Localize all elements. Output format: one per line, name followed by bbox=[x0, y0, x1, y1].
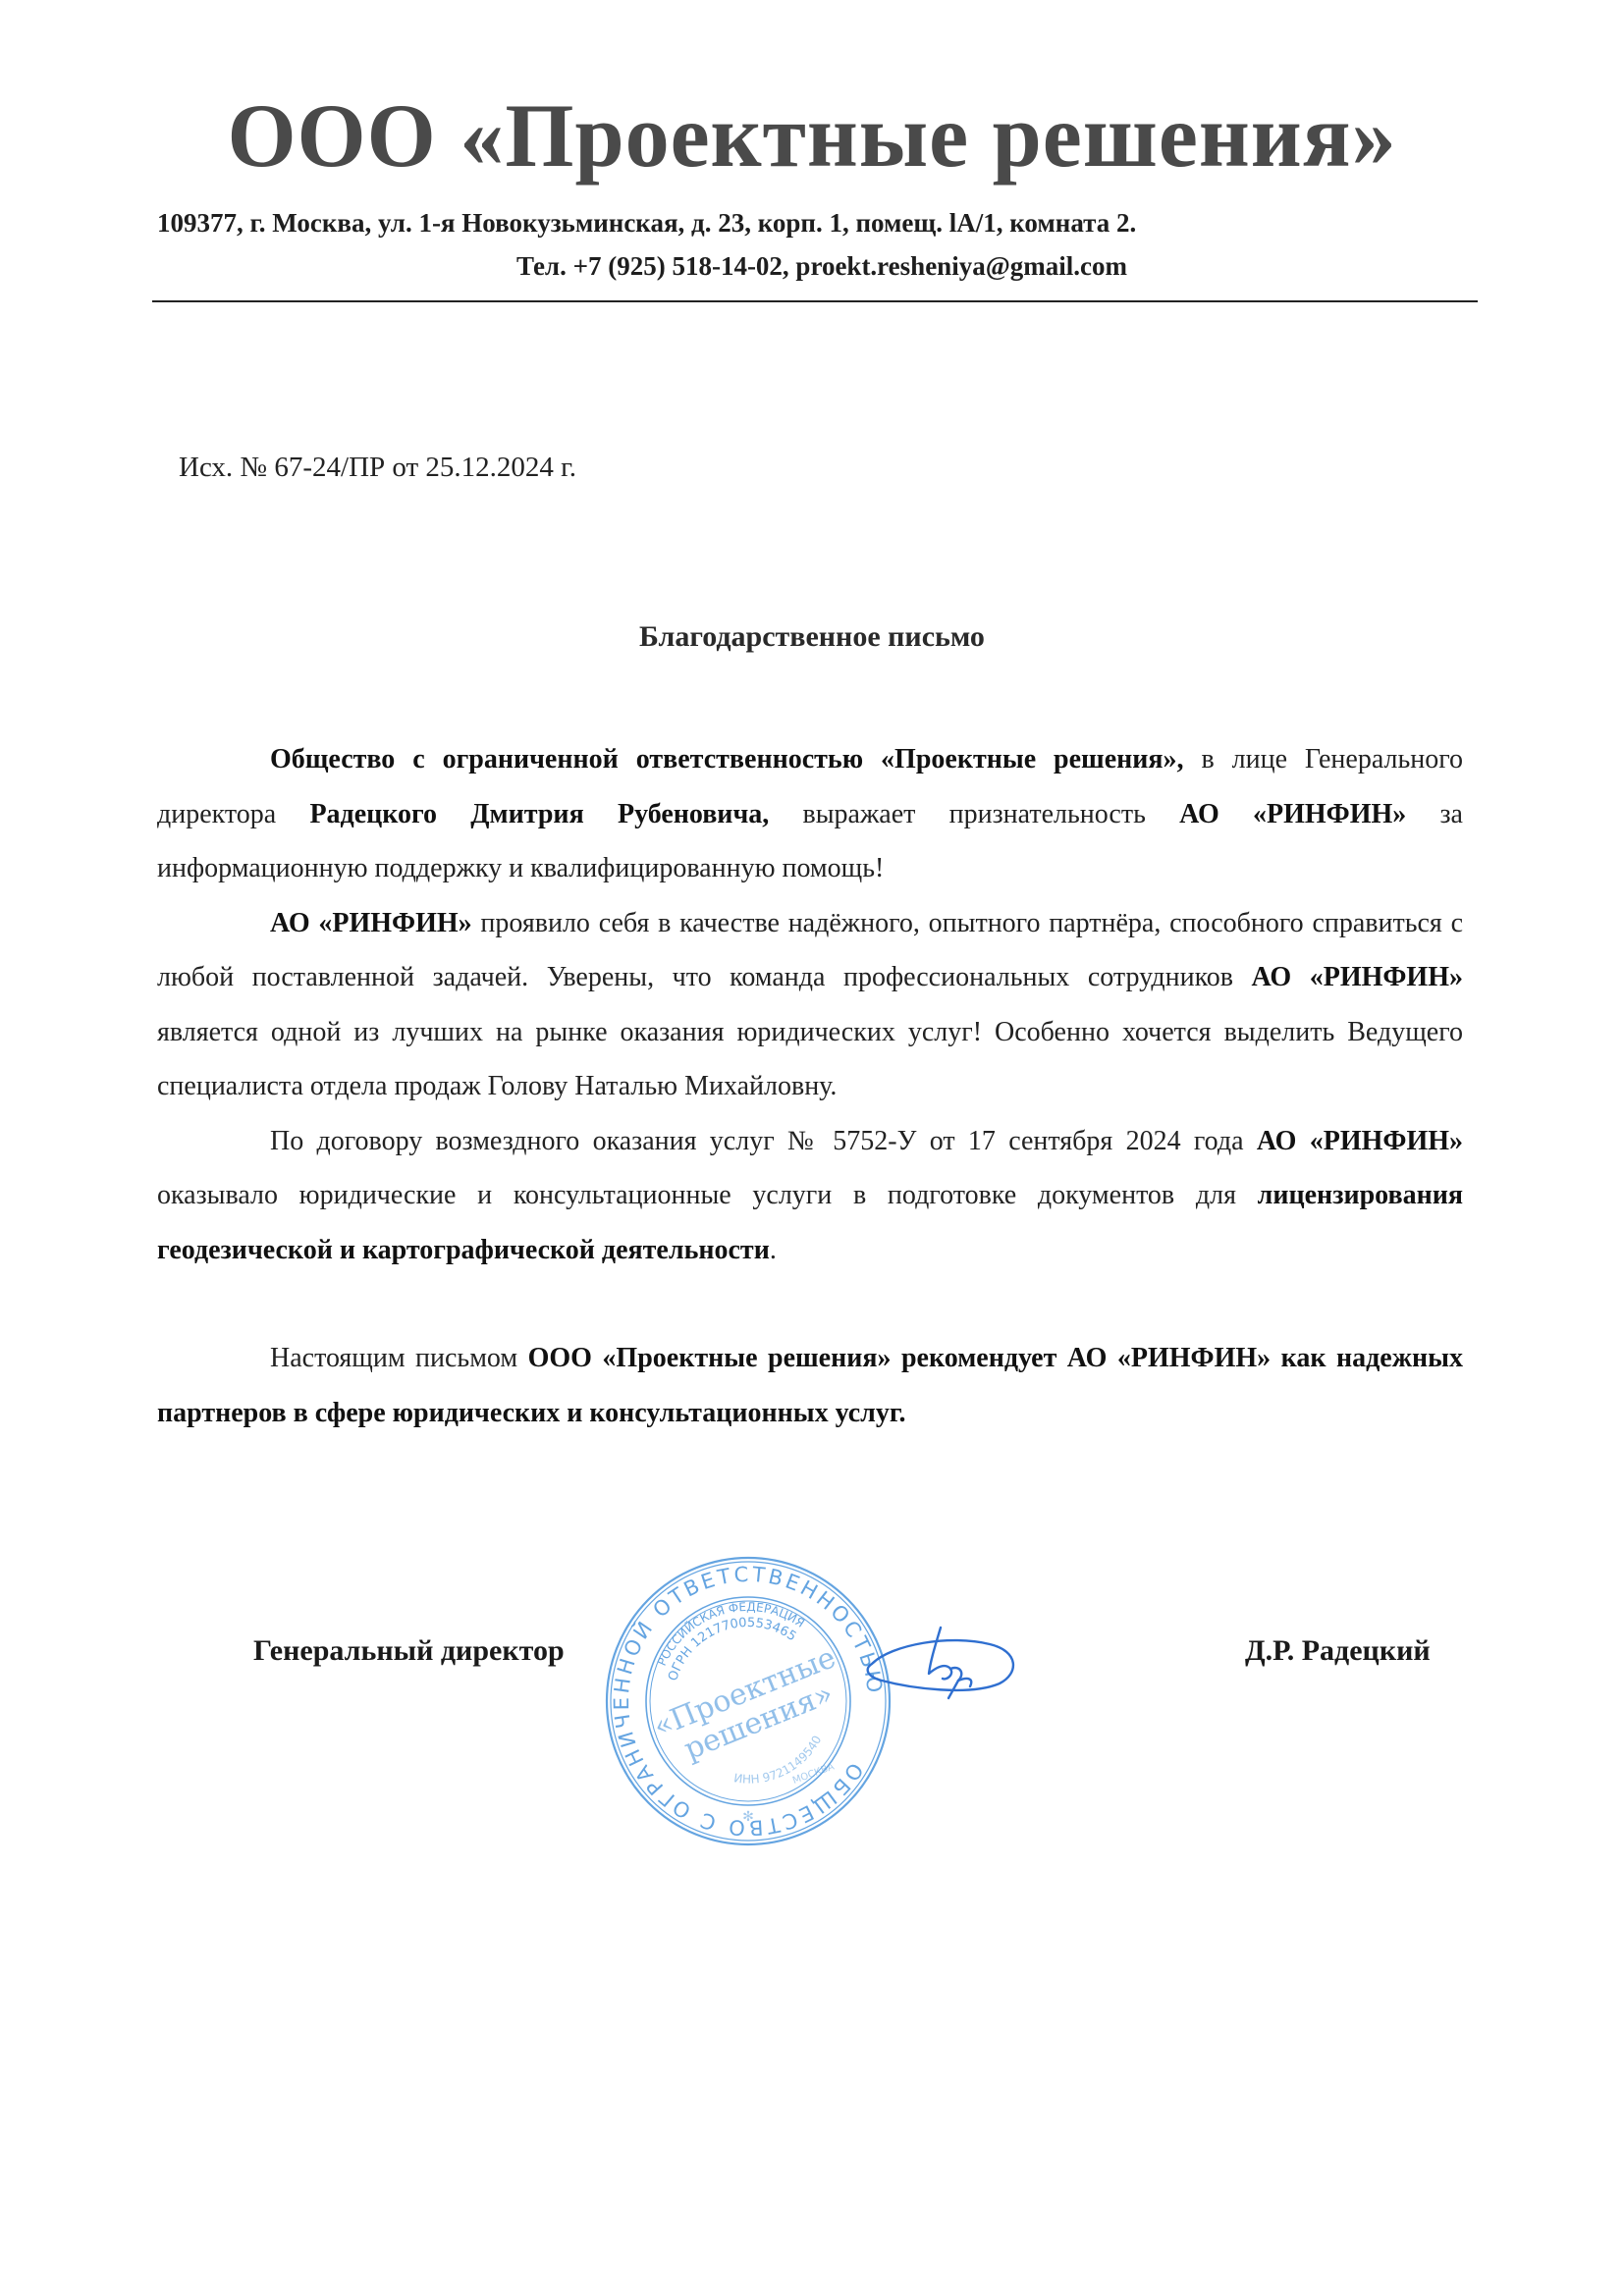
recipient-name: АО «РИНФИН» bbox=[1257, 1126, 1463, 1156]
paragraph-2: АО «РИНФИН» проявило себя в качестве над… bbox=[157, 896, 1463, 1114]
paragraph-3: По договору возмездного оказания услуг №… bbox=[157, 1114, 1463, 1278]
letter-title: Благодарственное письмо bbox=[0, 620, 1624, 654]
handwritten-signature-icon bbox=[852, 1620, 1039, 1728]
letter-body: Общество с ограниченной ответственностью… bbox=[157, 732, 1463, 1440]
text: выражает признательность bbox=[769, 799, 1179, 829]
recipient-name: АО «РИНФИН» bbox=[1179, 799, 1406, 829]
letter-page: ООО «Проектные решения» 109377, г. Москв… bbox=[0, 0, 1624, 2296]
company-address: 109377, г. Москва, ул. 1-я Новокузьминск… bbox=[157, 208, 1394, 239]
letterhead-divider bbox=[152, 300, 1478, 302]
text: По договору возмездного оказания услуг №… bbox=[270, 1126, 1257, 1156]
recipient-name: АО «РИНФИН» bbox=[270, 908, 472, 938]
director-name: Радецкого Дмитрия Рубеновича, bbox=[309, 799, 769, 829]
outgoing-reference: Исх. № 67-24/ПР от 25.12.2024 г. bbox=[179, 452, 576, 484]
paragraph-4: Настоящим письмом ООО «Проектные решения… bbox=[157, 1331, 1463, 1440]
company-contacts: Тел. +7 (925) 518-14-02, proekt.resheniy… bbox=[0, 251, 1624, 282]
text: является одной из лучших на рынке оказан… bbox=[157, 1017, 1463, 1102]
signatory-name: Д.Р. Радецкий bbox=[1245, 1634, 1431, 1668]
text: оказывало юридические и консультационные… bbox=[157, 1180, 1258, 1210]
paragraph-1: Общество с ограниченной ответственностью… bbox=[157, 732, 1463, 896]
recipient-name: АО «РИНФИН» bbox=[1252, 962, 1463, 992]
signatory-position: Генеральный директор bbox=[253, 1634, 565, 1668]
text: Настоящим письмом bbox=[270, 1343, 528, 1373]
company-name-heading: ООО «Проектные решения» bbox=[17, 86, 1608, 186]
company-stamp-icon: ОБЩЕСТВО С ОГРАНИЧЕННОЙ ОТВЕТСТВЕННОСТЬЮ… bbox=[601, 1554, 895, 1848]
svg-text:✻: ✻ bbox=[742, 1809, 754, 1825]
bold-text: Общество с ограниченной ответственностью… bbox=[270, 744, 1184, 774]
text: . bbox=[770, 1235, 777, 1265]
